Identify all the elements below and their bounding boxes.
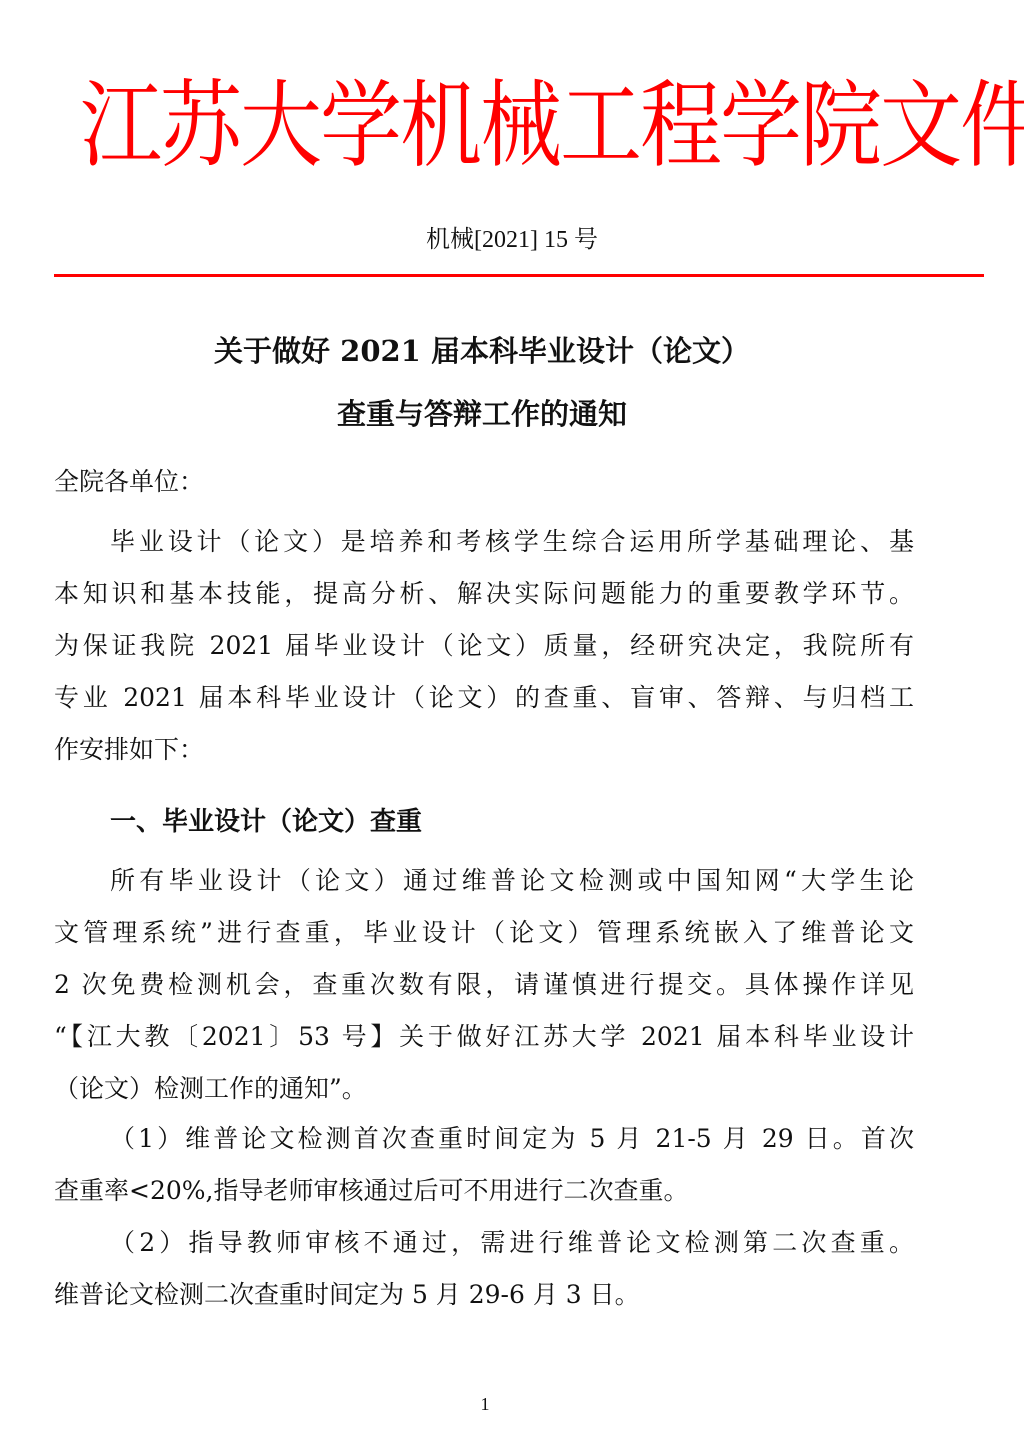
text-line: 查重率<20%,指导老师审核通过后可不用进行二次查重。 <box>54 1165 914 1217</box>
text-line: 专业 2021 届本科毕业设计（论文）的查重、盲审、答辩、与归档工 <box>54 672 914 724</box>
notice-title-line-2: 查重与答辩工作的通知 <box>0 394 964 434</box>
text-line: 文管理系统”进行查重，毕业设计（论文）管理系统嵌入了维普论文 <box>54 907 914 959</box>
page-number: 1 <box>0 1394 970 1415</box>
text-line: 维普论文检测二次查重时间定为 5 月 29-6 月 3 日。 <box>54 1269 914 1321</box>
section1-paragraph: 所有毕业设计（论文）通过维普论文检测或中国知网“大学生论 文管理系统”进行查重，… <box>54 855 914 1115</box>
item2-paragraph: （2）指导教师审核不通过，需进行维普论文检测第二次查重。 维普论文检测二次查重时… <box>54 1217 914 1321</box>
text-line: 所有毕业设计（论文）通过维普论文检测或中国知网“大学生论 <box>54 855 914 907</box>
text-line: 作安排如下： <box>54 724 914 776</box>
text-line: “【江大教〔2021〕53 号】关于做好江苏大学 2021 届本科毕业设计 <box>54 1011 914 1063</box>
document-masthead: 江苏大学机械工程学院文件 <box>80 52 900 202</box>
document-number: 机械[2021] 15 号 <box>0 222 1024 258</box>
text-line: （2）指导教师审核不通过，需进行维普论文检测第二次查重。 <box>54 1217 914 1269</box>
notice-title-line-1: 关于做好 2021 届本科毕业设计（论文） <box>0 331 964 371</box>
text-line: （论文）检测工作的通知”。 <box>54 1063 914 1115</box>
text-line: 为保证我院 2021 届毕业设计（论文）质量，经研究决定，我院所有 <box>54 620 914 672</box>
text-line: 毕业设计（论文）是培养和考核学生综合运用所学基础理论、基 <box>54 516 914 568</box>
text-line: 2 次免费检测机会，查重次数有限，请谨慎进行提交。具体操作详见 <box>54 959 914 1011</box>
item1-paragraph: （1）维普论文检测首次查重时间定为 5 月 21-5 月 29 日。首次 查重率… <box>54 1113 914 1217</box>
text-line: 本知识和基本技能，提高分析、解决实际问题能力的重要教学环节。 <box>54 568 914 620</box>
red-divider <box>54 274 984 277</box>
salutation: 全院各单位： <box>54 456 914 508</box>
section-heading: 一、毕业设计（论文）查重 <box>110 798 422 846</box>
text-line: （1）维普论文检测首次查重时间定为 5 月 21-5 月 29 日。首次 <box>54 1113 914 1165</box>
intro-paragraph: 毕业设计（论文）是培养和考核学生综合运用所学基础理论、基 本知识和基本技能，提高… <box>54 516 914 776</box>
